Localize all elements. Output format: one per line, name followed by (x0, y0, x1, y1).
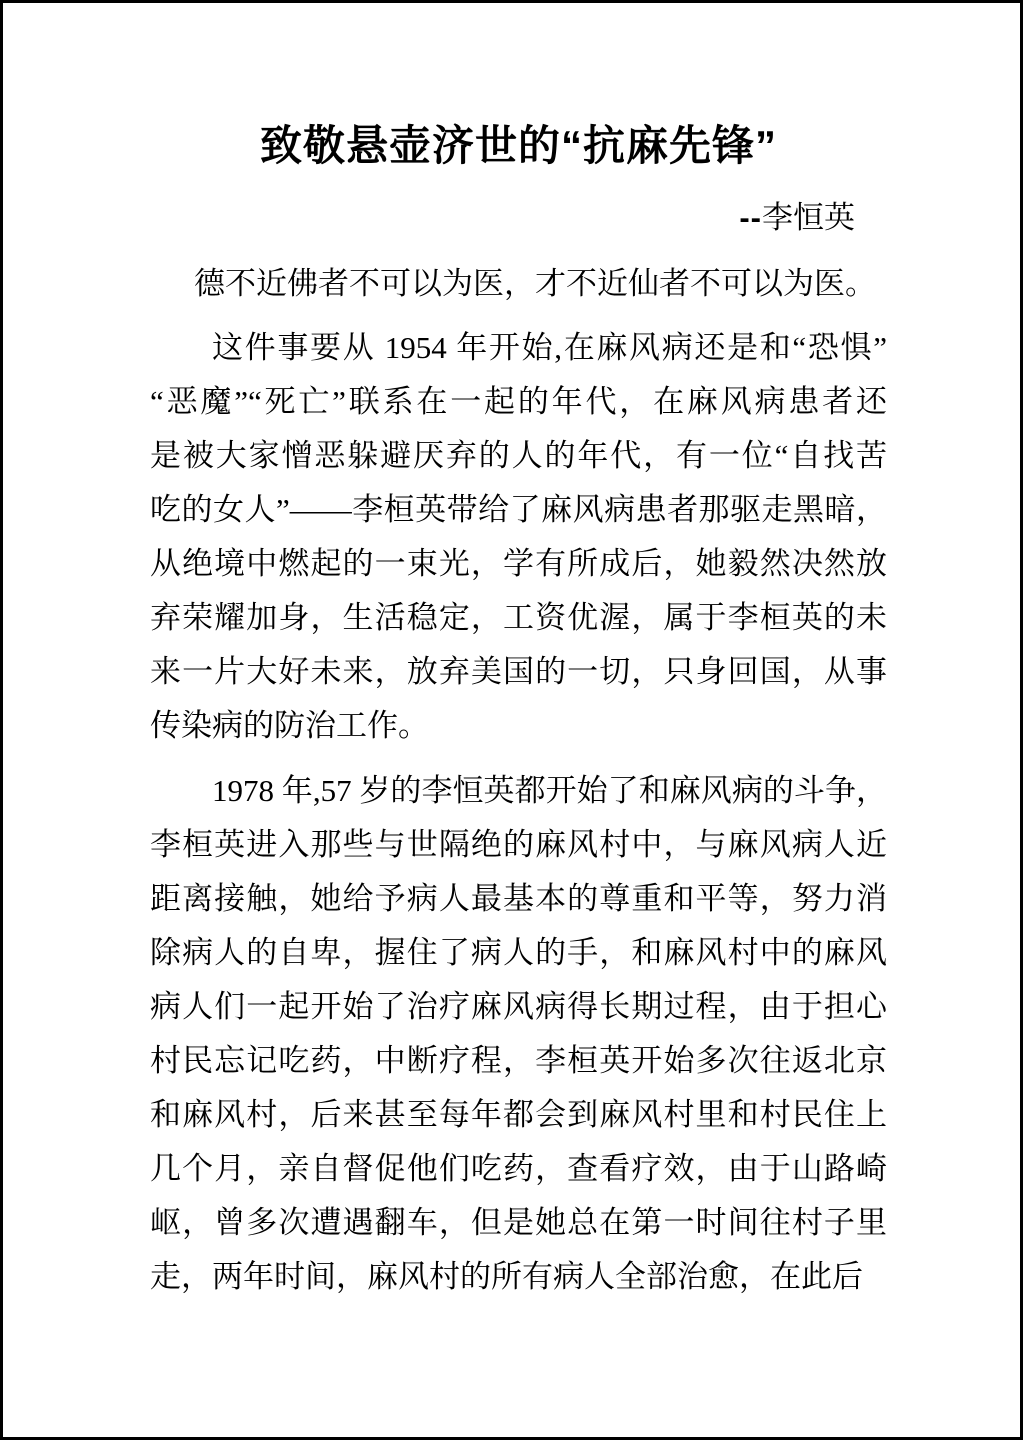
byline-author-name: 李恒英 (762, 200, 855, 235)
byline-dash: -- (739, 200, 762, 235)
text-line: 传染病的防治工作。 (150, 699, 887, 753)
text-line: 距离接触，她给予病人最基本的尊重和平等，努力消 (150, 872, 887, 926)
text-line: 弃荣耀加身，生活稳定，工资优渥，属于李桓英的未 (150, 591, 887, 645)
text-line: 几个月，亲自督促他们吃药，查看疗效，由于山路崎 (150, 1142, 887, 1196)
byline: --李恒英 (150, 199, 887, 237)
text-line: 除病人的自卑，握住了病人的手，和麻风村中的麻风 (150, 926, 887, 980)
text-line: 这件事要从 1954 年开始,在麻风病还是和“恐惧” (150, 321, 887, 375)
text-line: 德不近佛者不可以为医，才不近仙者不可以为医。 (150, 257, 887, 311)
document-title: 致敬悬壶济世的“抗麻先锋” (150, 123, 887, 169)
text-line: “恶魔”“死亡”联系在一起的年代，在麻风病患者还 (150, 375, 887, 429)
text-line: 从绝境中燃起的一束光，学有所成后，她毅然决然放 (150, 537, 887, 591)
text-line: 李桓英进入那些与世隔绝的麻风村中，与麻风病人近 (150, 818, 887, 872)
text-line: 吃的女人”——李桓英带给了麻风病患者那驱走黑暗， (150, 483, 887, 537)
document-content: 致敬悬壶济世的“抗麻先锋” --李恒英 德不近佛者不可以为医，才不近仙者不可以为… (3, 123, 1020, 1304)
text-line: 和麻风村，后来甚至每年都会到麻风村里和村民住上 (150, 1088, 887, 1142)
text-line: 村民忘记吃药，中断疗程，李桓英开始多次往返北京 (150, 1034, 887, 1088)
text-line: 来一片大好未来，放弃美国的一切，只身回国，从事 (150, 645, 887, 699)
document-page: 致敬悬壶济世的“抗麻先锋” --李恒英 德不近佛者不可以为医，才不近仙者不可以为… (0, 0, 1023, 1440)
epigraph-paragraph: 德不近佛者不可以为医，才不近仙者不可以为医。 (150, 257, 887, 311)
paragraph-2: 1978 年,57 岁的李恒英都开始了和麻风病的斗争，李桓英进入那些与世隔绝的麻… (150, 764, 887, 1304)
text-line: 病人们一起开始了治疗麻风病得长期过程，由于担心 (150, 980, 887, 1034)
paragraph-1: 这件事要从 1954 年开始,在麻风病还是和“恐惧”“恶魔”“死亡”联系在一起的… (150, 321, 887, 753)
text-line: 1978 年,57 岁的李恒英都开始了和麻风病的斗争， (150, 764, 887, 818)
text-line: 是被大家憎恶躲避厌弃的人的年代，有一位“自找苦 (150, 429, 887, 483)
text-line: 走，两年时间，麻风村的所有病人全部治愈，在此后 (150, 1250, 887, 1304)
text-line: 岖，曾多次遭遇翻车，但是她总在第一时间往村子里 (150, 1196, 887, 1250)
